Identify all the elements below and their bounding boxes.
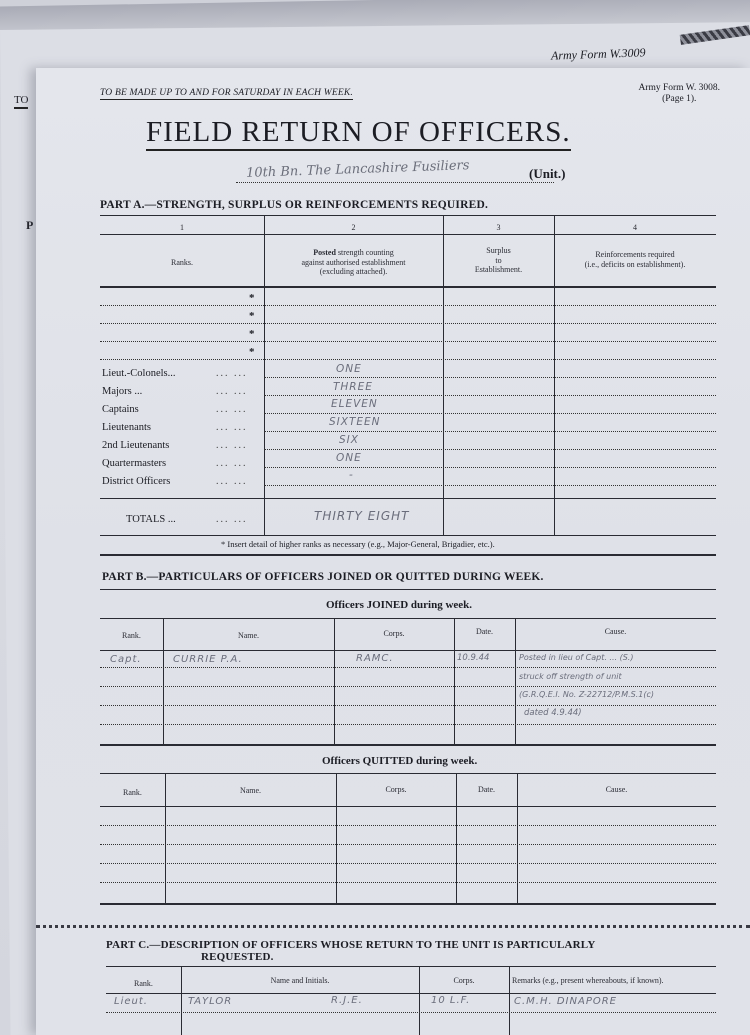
divider bbox=[100, 589, 716, 590]
col-header-reinforcements: Reinforcements required (i.e., deficits … bbox=[554, 250, 716, 269]
form-number: Army Form W. 3008. (Page 1). bbox=[638, 83, 720, 105]
divider bbox=[100, 744, 716, 746]
star-marker: * bbox=[249, 346, 255, 358]
posted-value[interactable]: SIXTEEN bbox=[329, 416, 381, 428]
divider bbox=[100, 554, 716, 556]
row-line bbox=[100, 323, 716, 324]
col-header-name: Name. bbox=[163, 631, 334, 641]
joined-corps[interactable]: RAMC. bbox=[356, 653, 394, 664]
unit-label: (Unit.) bbox=[529, 166, 565, 182]
totals-label: TOTALS ... bbox=[126, 514, 176, 525]
star-marker: * bbox=[249, 292, 255, 304]
row-line bbox=[100, 705, 716, 706]
col-divider bbox=[454, 618, 455, 744]
col-header-rank: Rank. bbox=[106, 979, 181, 989]
row-line bbox=[100, 686, 716, 687]
part-b-heading: PART B.—PARTICULARS OF OFFICERS JOINED O… bbox=[102, 571, 544, 583]
totals-value[interactable]: THIRTY EIGHT bbox=[314, 509, 409, 523]
col-header-remarks: Remarks (e.g., present whereabouts, if k… bbox=[512, 976, 716, 986]
col-header-cause: Cause. bbox=[515, 627, 716, 637]
star-marker: * bbox=[249, 310, 255, 322]
row-line bbox=[100, 882, 716, 883]
col-header-date: Date. bbox=[454, 627, 515, 637]
col-header-name: Name. bbox=[165, 786, 336, 796]
posted-value[interactable]: - bbox=[349, 469, 354, 481]
row-line bbox=[100, 359, 716, 360]
col-divider bbox=[509, 966, 510, 1035]
divider bbox=[100, 806, 716, 807]
col-number-2: 2 bbox=[264, 223, 443, 233]
row-line bbox=[264, 431, 716, 432]
field-return-form: TO BE MADE UP TO AND FOR SATURDAY IN EAC… bbox=[36, 68, 750, 1035]
perforation-line bbox=[36, 925, 750, 928]
requested-remarks[interactable]: C.M.H. DINAPORE bbox=[514, 996, 617, 1007]
divider bbox=[100, 286, 716, 288]
joined-heading: Officers JOINED during week. bbox=[326, 599, 472, 611]
row-line bbox=[100, 341, 716, 342]
page-title: FIELD RETURN OF OFFICERS. bbox=[146, 116, 571, 151]
joined-cause-continued[interactable]: struck off strength of unit bbox=[519, 672, 622, 681]
joined-rank[interactable]: Capt. bbox=[110, 654, 142, 665]
requested-rank[interactable]: Lieut. bbox=[114, 996, 148, 1007]
col-header-name: Name and Initials. bbox=[181, 976, 419, 986]
joined-date[interactable]: 10.9.44 bbox=[457, 653, 489, 663]
divider bbox=[100, 773, 716, 774]
row-line bbox=[100, 863, 716, 864]
col-number-1: 1 bbox=[100, 223, 264, 233]
row-line bbox=[264, 413, 716, 414]
col-header-rank: Rank. bbox=[100, 631, 163, 641]
instruction-text: TO BE MADE UP TO AND FOR SATURDAY IN EAC… bbox=[100, 88, 353, 100]
col-header-corps: Corps. bbox=[336, 785, 456, 795]
row-line bbox=[100, 825, 716, 826]
joined-name[interactable]: CURRIE P.A. bbox=[173, 654, 243, 665]
divider bbox=[100, 234, 716, 235]
divider bbox=[100, 535, 716, 536]
requested-initials[interactable]: R.J.E. bbox=[331, 995, 363, 1006]
col-divider bbox=[515, 618, 516, 744]
divider bbox=[100, 903, 716, 905]
joined-cause-continued[interactable]: (G.R.Q.E.I. No. Z-22712/P.M.S.1(c) bbox=[519, 690, 654, 699]
divider bbox=[100, 498, 716, 499]
page-label: (Page 1). bbox=[638, 94, 720, 105]
row-line bbox=[264, 377, 716, 378]
row-line bbox=[100, 305, 716, 306]
joined-cause-continued[interactable]: dated 4.9.44) bbox=[524, 708, 582, 718]
part-a-heading: PART A.—STRENGTH, SURPLUS OR REINFORCEME… bbox=[100, 199, 488, 211]
col-header-date: Date. bbox=[456, 785, 517, 795]
posted-value[interactable]: ONE bbox=[336, 363, 362, 375]
divider bbox=[106, 993, 716, 994]
quitted-heading: Officers QUITTED during week. bbox=[322, 755, 477, 767]
posted-value[interactable]: ELEVEN bbox=[331, 398, 378, 410]
requested-name[interactable]: TAYLOR bbox=[188, 996, 232, 1007]
row-line bbox=[100, 667, 716, 668]
row-line bbox=[264, 467, 716, 468]
row-line bbox=[100, 844, 716, 845]
posted-value[interactable]: THREE bbox=[333, 381, 373, 393]
col-header-corps: Corps. bbox=[419, 976, 509, 986]
row-line bbox=[264, 449, 716, 450]
row-line bbox=[106, 1012, 716, 1013]
row-line bbox=[264, 485, 716, 486]
posted-value[interactable]: SIX bbox=[339, 434, 359, 446]
col-header-surplus: Surplus to Establishment. bbox=[443, 246, 554, 275]
col-header-corps: Corps. bbox=[334, 629, 454, 639]
row-line bbox=[100, 724, 716, 725]
divider bbox=[100, 650, 716, 651]
posted-value[interactable]: ONE bbox=[336, 452, 362, 464]
col-header-cause: Cause. bbox=[517, 785, 716, 795]
posted-bold: Posted bbox=[313, 248, 336, 257]
star-marker: * bbox=[249, 328, 255, 340]
col-header-posted: Posted strength counting against authori… bbox=[264, 248, 443, 277]
divider bbox=[100, 215, 716, 216]
col-header-ranks: Ranks. bbox=[100, 258, 264, 268]
margin-fragment-to: TO bbox=[14, 94, 28, 109]
row-line bbox=[264, 395, 716, 396]
divider bbox=[106, 966, 716, 967]
part-c-heading: PART C.—DESCRIPTION OF OFFICERS WHOSE RE… bbox=[106, 939, 595, 951]
margin-fragment-p: P bbox=[26, 218, 33, 233]
col-number-3: 3 bbox=[443, 223, 554, 233]
col-number-4: 4 bbox=[554, 223, 716, 233]
part-c-heading-cont: REQUESTED. bbox=[201, 951, 274, 963]
col-header-rank: Rank. bbox=[100, 788, 165, 798]
requested-corps[interactable]: 10 L.F. bbox=[431, 995, 470, 1006]
footnote: * Insert detail of higher ranks as neces… bbox=[221, 539, 495, 549]
divider bbox=[100, 618, 716, 619]
form-number-label: Army Form W. 3008. bbox=[638, 83, 720, 94]
joined-cause[interactable]: Posted in lieu of Capt. ... (S.) bbox=[519, 653, 633, 662]
